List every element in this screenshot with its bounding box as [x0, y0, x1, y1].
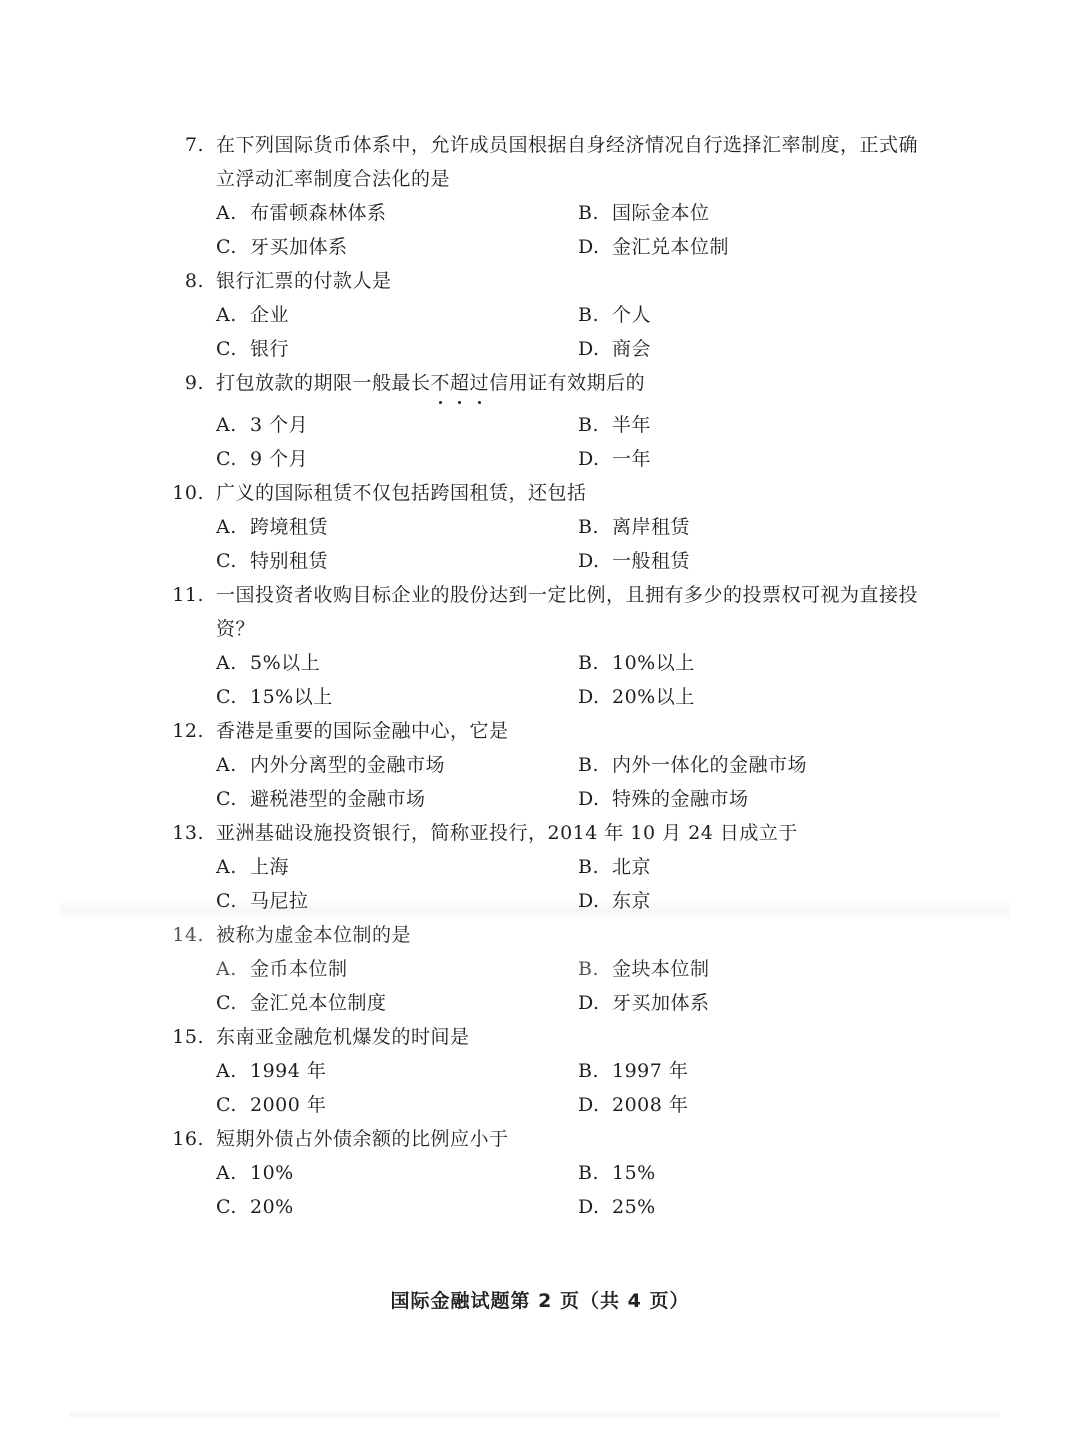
option-text: 商会: [612, 334, 651, 364]
option-text: 特殊的金融市场: [612, 784, 749, 814]
option-label: A.: [216, 1056, 237, 1086]
option-row: A. 布雷顿森林体系 B. 国际金本位: [0, 198, 1080, 228]
option-row: C. 9 个月 D. 一年: [0, 444, 1080, 474]
option-row: A. 10% B. 15%: [0, 1158, 1080, 1188]
option-text: 上海: [250, 852, 289, 882]
option-text: 2008 年: [612, 1090, 688, 1120]
option-label: D.: [578, 1090, 600, 1120]
question-number: 13.: [168, 818, 204, 848]
question-number: 16.: [168, 1124, 204, 1154]
question-number: 15.: [168, 1022, 204, 1052]
question-13: 13. 亚洲基础设施投资银行，简称亚投行，2014 年 10 月 24 日成立于: [0, 818, 1080, 848]
option-label: A.: [216, 750, 237, 780]
option-text: 15%以上: [250, 682, 333, 712]
question-12: 12. 香港是重要的国际金融中心，它是: [0, 716, 1080, 746]
option-label: C.: [216, 682, 237, 712]
option-text: 10%: [250, 1158, 294, 1188]
question-11: 11. 一国投资者收购目标企业的股份达到一定比例，且拥有多少的投票权可视为直接投: [0, 580, 1080, 610]
option-text: 金币本位制: [250, 954, 348, 984]
option-label: C.: [216, 988, 237, 1018]
question-text-part: 信用证有效期后的: [489, 372, 645, 394]
question-number: 14.: [168, 920, 204, 950]
option-label: B.: [578, 648, 599, 678]
option-label: D.: [578, 682, 600, 712]
option-text: 金块本位制: [612, 954, 710, 984]
question-text: 一国投资者收购目标企业的股份达到一定比例，且拥有多少的投票权可视为直接投: [216, 580, 918, 610]
option-row: A. 3 个月 B. 半年: [0, 410, 1080, 440]
option-text: 国际金本位: [612, 198, 710, 228]
option-text: 内外分离型的金融市场: [250, 750, 445, 780]
option-text: 离岸租赁: [612, 512, 690, 542]
option-label: B.: [578, 954, 599, 984]
option-row: C. 2000 年 D. 2008 年: [0, 1090, 1080, 1120]
option-text: 15%: [612, 1158, 656, 1188]
option-row: C. 15%以上 D. 20%以上: [0, 682, 1080, 712]
question-number: 10.: [168, 478, 204, 508]
option-label: D.: [578, 1192, 600, 1222]
question-text-continued: 资？: [216, 614, 255, 644]
option-text: 1994 年: [250, 1056, 326, 1086]
question-16: 16. 短期外债占外债余额的比例应小于: [0, 1124, 1080, 1154]
option-label: B.: [578, 198, 599, 228]
option-row: C. 马尼拉 D. 东京: [0, 886, 1080, 916]
option-text: 特别租赁: [250, 546, 328, 576]
option-label: A.: [216, 410, 237, 440]
option-label: A.: [216, 198, 237, 228]
question-text: 打包放款的期限一般最长不超过信用证有效期后的: [216, 368, 645, 398]
question-text: 广义的国际租赁不仅包括跨国租赁，还包括: [216, 478, 587, 508]
option-label: B.: [578, 1056, 599, 1086]
scan-artifact: [70, 1410, 1000, 1420]
option-row: A. 内外分离型的金融市场 B. 内外一体化的金融市场: [0, 750, 1080, 780]
emphasis-char: 不: [431, 372, 451, 394]
option-label: B.: [578, 852, 599, 882]
option-label: B.: [578, 750, 599, 780]
option-text: 牙买加体系: [612, 988, 710, 1018]
option-text: 企业: [250, 300, 289, 330]
option-row: A. 跨境租赁 B. 离岸租赁: [0, 512, 1080, 542]
option-label: D.: [578, 886, 600, 916]
option-text: 25%: [612, 1192, 656, 1222]
option-label: D.: [578, 784, 600, 814]
option-label: A.: [216, 300, 237, 330]
option-label: A.: [216, 1158, 237, 1188]
option-row: A. 金币本位制 B. 金块本位制: [0, 954, 1080, 984]
question-text: 在下列国际货币体系中，允许成员国根据自身经济情况自行选择汇率制度，正式确: [216, 130, 918, 160]
option-label: C.: [216, 1192, 237, 1222]
question-text: 东南亚金融危机爆发的时间是: [216, 1022, 470, 1052]
option-text: 跨境租赁: [250, 512, 328, 542]
question-text: 亚洲基础设施投资银行，简称亚投行，2014 年 10 月 24 日成立于: [216, 818, 798, 848]
option-text: 一般租赁: [612, 546, 690, 576]
option-text: 3 个月: [250, 410, 308, 440]
option-label: C.: [216, 546, 237, 576]
option-row: A. 上海 B. 北京: [0, 852, 1080, 882]
option-text: 10%以上: [612, 648, 695, 678]
emphasis-char: 超: [450, 372, 470, 394]
option-row: C. 银行 D. 商会: [0, 334, 1080, 364]
option-row: C. 避税港型的金融市场 D. 特殊的金融市场: [0, 784, 1080, 814]
question-15: 15. 东南亚金融危机爆发的时间是: [0, 1022, 1080, 1052]
option-label: A.: [216, 512, 237, 542]
question-number: 9.: [168, 368, 204, 398]
option-label: C.: [216, 1090, 237, 1120]
option-row: A. 企业 B. 个人: [0, 300, 1080, 330]
option-text: 9 个月: [250, 444, 308, 474]
option-row: C. 特别租赁 D. 一般租赁: [0, 546, 1080, 576]
option-label: D.: [578, 232, 600, 262]
option-label: C.: [216, 232, 237, 262]
option-label: B.: [578, 300, 599, 330]
option-text: 避税港型的金融市场: [250, 784, 426, 814]
option-text: 20%以上: [612, 682, 695, 712]
question-14: 14. 被称为虚金本位制的是: [0, 920, 1080, 950]
option-text: 布雷顿森林体系: [250, 198, 387, 228]
option-text: 东京: [612, 886, 651, 916]
question-number: 12.: [168, 716, 204, 746]
question-8: 8. 银行汇票的付款人是: [0, 266, 1080, 296]
option-label: C.: [216, 886, 237, 916]
option-label: A.: [216, 954, 237, 984]
option-text: 2000 年: [250, 1090, 326, 1120]
option-row: C. 金汇兑本位制度 D. 牙买加体系: [0, 988, 1080, 1018]
option-row: C. 20% D. 25%: [0, 1192, 1080, 1222]
question-number: 7.: [168, 130, 204, 160]
question-text: 短期外债占外债余额的比例应小于: [216, 1124, 509, 1154]
option-label: C.: [216, 784, 237, 814]
option-label: A.: [216, 852, 237, 882]
option-text: 金汇兑本位制度: [250, 988, 387, 1018]
option-row: C. 牙买加体系 D. 金汇兑本位制: [0, 232, 1080, 262]
option-text: 内外一体化的金融市场: [612, 750, 807, 780]
question-number: 8.: [168, 266, 204, 296]
option-text: 个人: [612, 300, 651, 330]
option-text: 银行: [250, 334, 289, 364]
option-text: 金汇兑本位制: [612, 232, 729, 262]
question-10: 10. 广义的国际租赁不仅包括跨国租赁，还包括: [0, 478, 1080, 508]
option-text: 20%: [250, 1192, 294, 1222]
emphasis-char: 过: [470, 372, 490, 394]
option-text: 马尼拉: [250, 886, 309, 916]
question-7: 7. 在下列国际货币体系中，允许成员国根据自身经济情况自行选择汇率制度，正式确: [0, 130, 1080, 160]
option-text: 北京: [612, 852, 651, 882]
question-text: 香港是重要的国际金融中心，它是: [216, 716, 509, 746]
option-label: B.: [578, 410, 599, 440]
question-text: 银行汇票的付款人是: [216, 266, 392, 296]
option-label: B.: [578, 512, 599, 542]
question-number: 11.: [168, 580, 204, 610]
option-text: 5%以上: [250, 648, 320, 678]
option-text: 1997 年: [612, 1056, 688, 1086]
question-9: 9. 打包放款的期限一般最长不超过信用证有效期后的: [0, 368, 1080, 398]
option-row: A. 1994 年 B. 1997 年: [0, 1056, 1080, 1086]
question-text-continued: 立浮动汇率制度合法化的是: [216, 164, 450, 194]
emphasized-text: 不超过: [431, 372, 490, 394]
option-label: D.: [578, 334, 600, 364]
option-row: A. 5%以上 B. 10%以上: [0, 648, 1080, 678]
option-label: D.: [578, 546, 600, 576]
option-label: D.: [578, 444, 600, 474]
question-text-part: 打包放款的期限一般最长: [216, 372, 431, 394]
page-footer: 国际金融试题第 2 页（共 4 页）: [0, 1286, 1080, 1316]
option-text: 半年: [612, 410, 651, 440]
exam-page: 7. 在下列国际货币体系中，允许成员国根据自身经济情况自行选择汇率制度，正式确 …: [0, 0, 1080, 1439]
option-text: 一年: [612, 444, 651, 474]
option-text: 牙买加体系: [250, 232, 348, 262]
question-text: 被称为虚金本位制的是: [216, 920, 411, 950]
option-label: D.: [578, 988, 600, 1018]
option-label: C.: [216, 444, 237, 474]
option-label: B.: [578, 1158, 599, 1188]
option-label: A.: [216, 648, 237, 678]
option-label: C.: [216, 334, 237, 364]
